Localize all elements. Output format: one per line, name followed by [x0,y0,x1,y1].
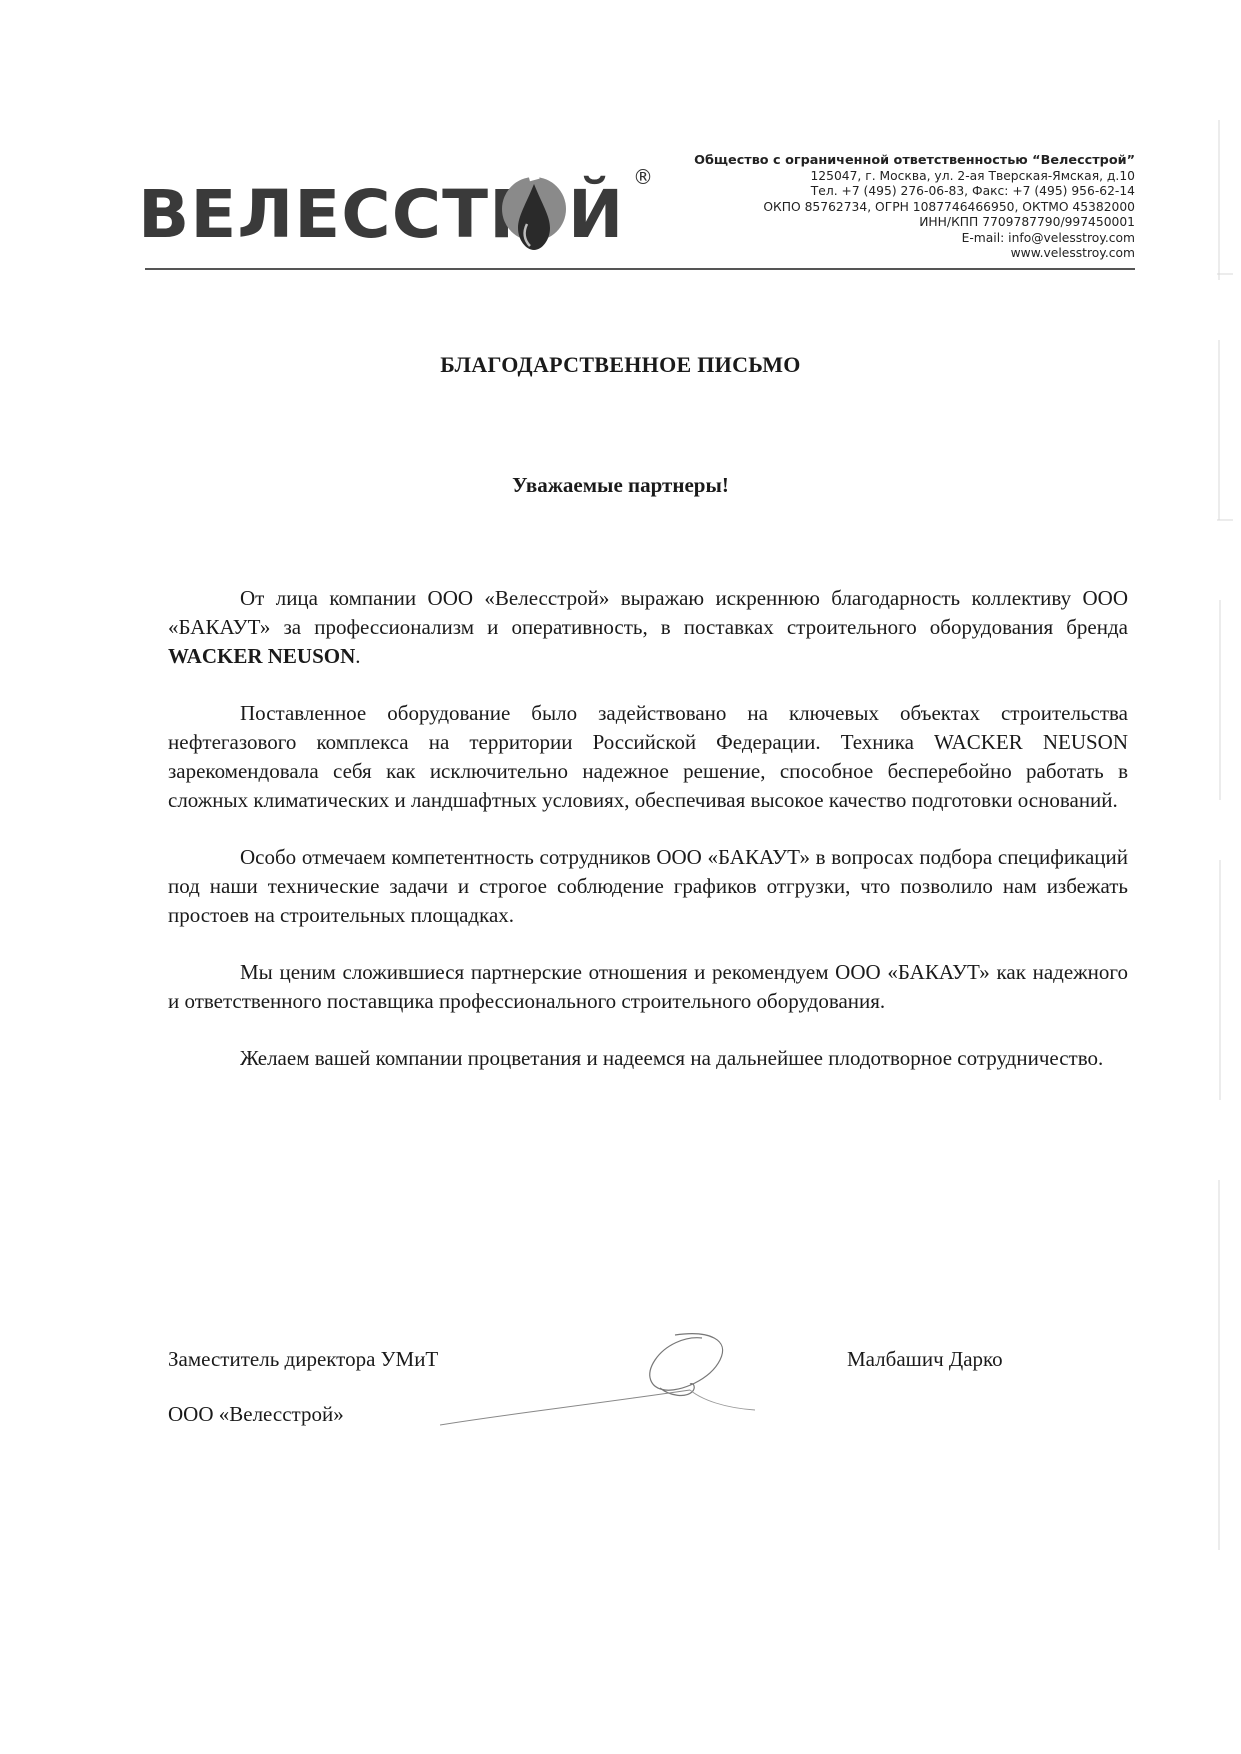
registered-mark: ® [633,165,653,189]
signatory-organization: ООО «Велесстрой» [168,1400,438,1429]
company-email: E-mail: info@velesstroy.com [694,231,1135,247]
paragraph-2: Поставленное оборудование было задейство… [168,699,1128,815]
handwritten-signature [440,1330,860,1440]
paragraph-3: Особо отмечаем компетентность сотруднико… [168,843,1128,930]
signatory-position-block: Заместитель директора УМиТ ООО «Велесстр… [168,1345,438,1455]
logo-last-letter: Й [568,180,623,250]
scan-edge-marks [1215,100,1235,1600]
letter-page: ВЕЛЕССТР Й ® Общество с ограниченной отв… [0,0,1241,1754]
letter-body: От лица компании ООО «Велесстрой» выража… [168,584,1128,1101]
brand-name: WACKER NEUSON [168,644,355,668]
company-tax-id: ИНН/КПП 7709787790/997450001 [694,215,1135,231]
paragraph-5: Желаем вашей компании процветания и наде… [168,1044,1128,1073]
oil-drop-circle-icon [500,164,568,254]
header-divider [145,268,1135,270]
company-address: 125047, г. Москва, ул. 2-ая Тверская-Ямс… [694,169,1135,185]
company-website: www.velesstroy.com [694,246,1135,262]
company-registration: ОКПО 85762734, ОГРН 1087746466950, ОКТМО… [694,200,1135,216]
letter-greeting: Уважаемые партнеры! [0,473,1241,498]
paragraph-1: От лица компании ООО «Велесстрой» выража… [168,584,1128,671]
paragraph-4: Мы ценим сложившиеся партнерские отношен… [168,958,1128,1016]
letter-title: БЛАГОДАРСТВЕННОЕ ПИСЬМО [0,352,1241,378]
paragraph-1-text: От лица компании ООО «Велесстрой» выража… [168,586,1128,639]
company-details: Общество с ограниченной ответственностью… [694,153,1135,262]
company-logo: ВЕЛЕССТР Й ® [138,160,658,260]
company-name: Общество с ограниченной ответственностью… [694,153,1135,169]
signatory-position: Заместитель директора УМиТ [168,1345,438,1374]
signatory-name: Малбашич Дарко [847,1345,1003,1374]
paragraph-1-end: . [355,644,360,668]
company-phone: Тел. +7 (495) 276-06-83, Факс: +7 (495) … [694,184,1135,200]
logo-wordmark: ВЕЛЕССТР [138,180,539,250]
